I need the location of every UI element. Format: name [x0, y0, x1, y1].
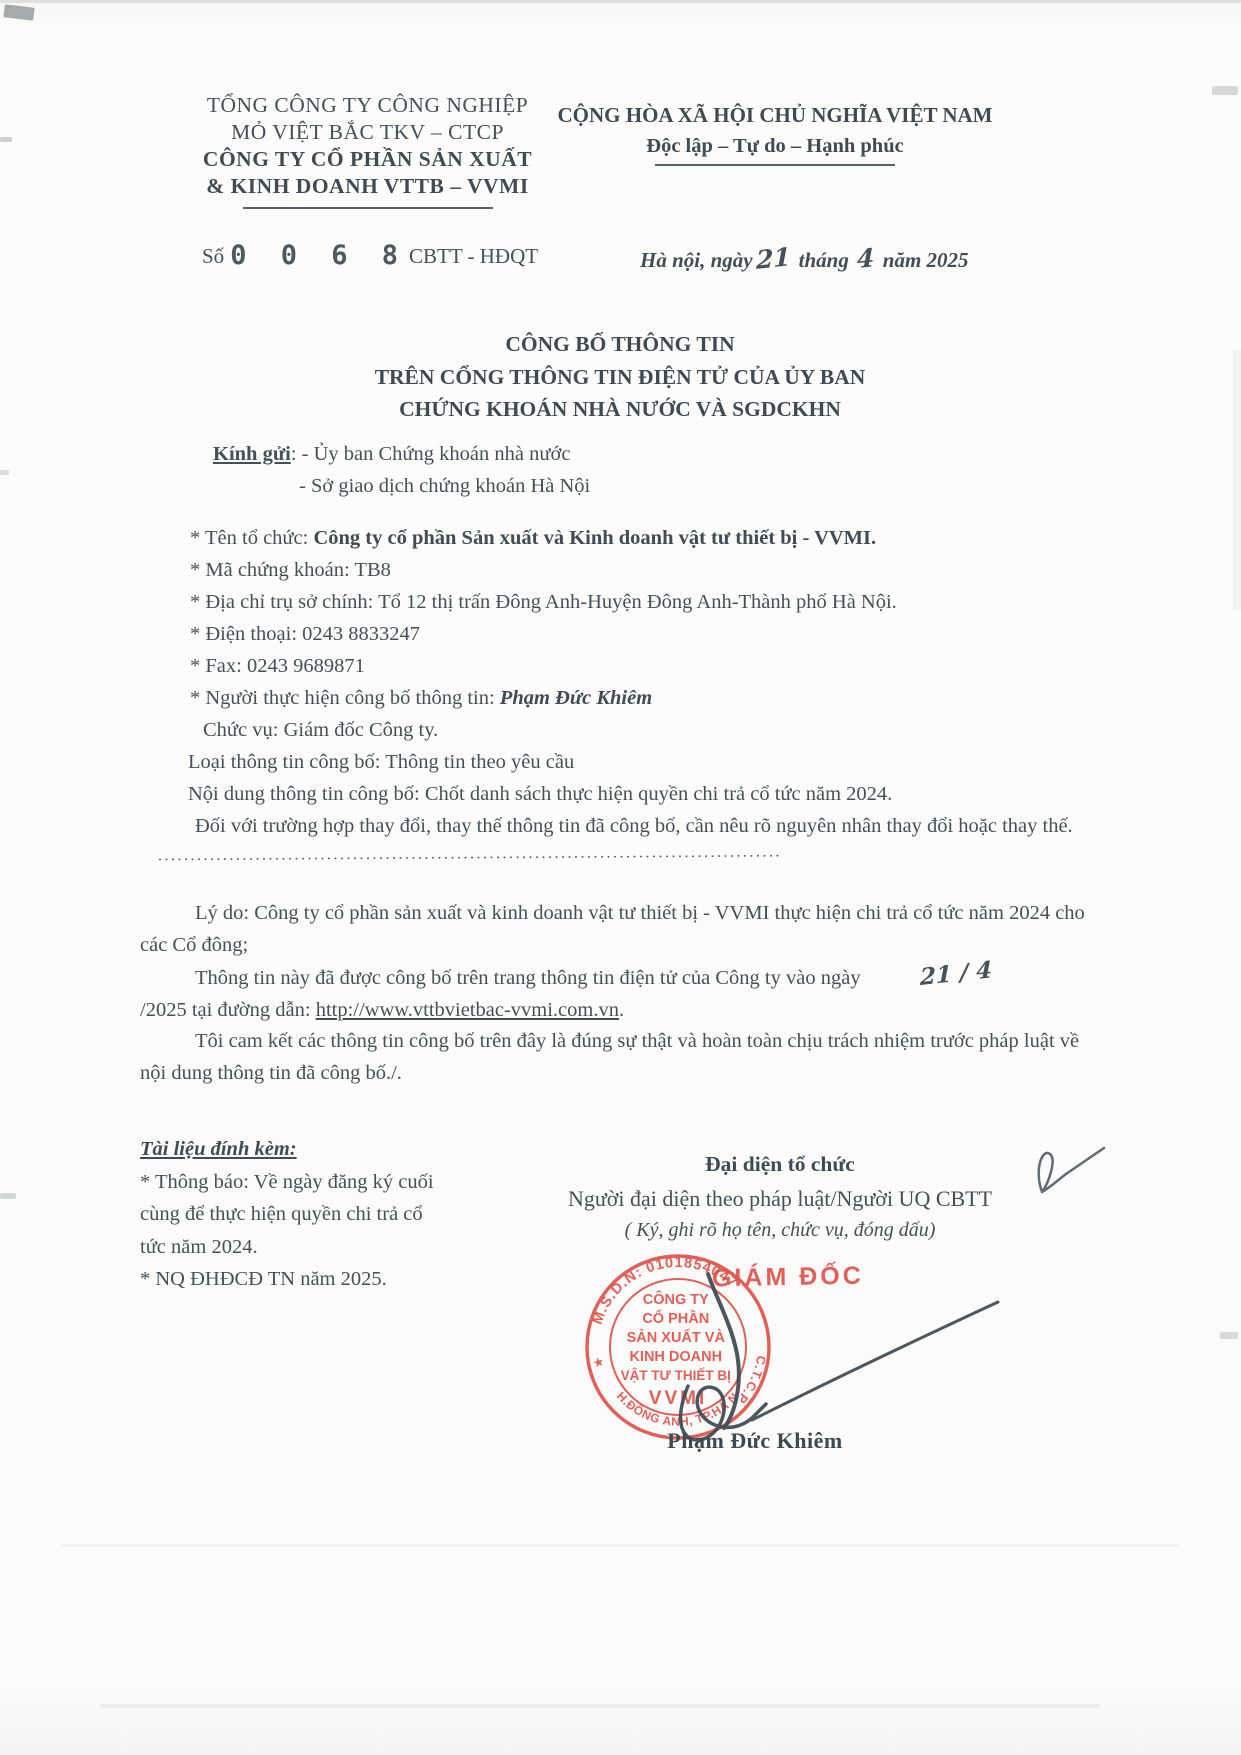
org-name-line: * Tên tổ chức: Công ty cổ phần Sản xuất …	[140, 522, 1108, 554]
company-name-line1: CÔNG TY CỔ PHẦN SẢN XUẤT	[180, 146, 555, 173]
published-prefix: Thông tin này đã được công bố trên trang…	[195, 967, 861, 989]
attachments-block: Tài liệu đính kèm: * Thông báo: Về ngày …	[140, 1133, 440, 1296]
scanned-document-page: TỔNG CÔNG TY CÔNG NGHIỆP MỎ VIỆT BẮC TKV…	[0, 0, 1241, 1755]
org-value: Công ty cổ phần Sản xuất và Kinh doanh v…	[313, 527, 876, 549]
recipients-label: Kính gửi	[213, 443, 291, 465]
company-website-url: http://www.vttbvietbac-vvmi.com.vn	[316, 999, 619, 1021]
rep-title: Đại diện tổ chức	[480, 1152, 1080, 1177]
published-mid: /2025 tại đường dẫn:	[140, 999, 316, 1021]
discloser-label: * Người thực hiện công bố thông tin:	[190, 687, 500, 709]
discloser-line: * Người thực hiện công bố thông tin: Phạ…	[140, 682, 1108, 714]
scan-artifact	[0, 1193, 16, 1199]
national-title: CỘNG HÒA XÃ HỘI CHỦ NGHĨA VIỆT NAM	[540, 102, 1010, 129]
motto-divider	[655, 164, 895, 166]
discloser-name: Phạm Đức Khiêm	[500, 687, 652, 709]
national-motto: Độc lập – Tự do – Hạnh phúc	[540, 133, 1010, 159]
scan-artifact	[60, 1544, 1180, 1547]
title-line2: TRÊN CỔNG THÔNG TIN ĐIỆN TỬ CỦA ỦY BAN	[250, 361, 990, 394]
fax-line: * Fax: 0243 9689871	[140, 650, 1108, 682]
document-title: CÔNG BỐ THÔNG TIN TRÊN CỔNG THÔNG TIN ĐI…	[250, 328, 990, 426]
doc-no-prefix: Số	[202, 244, 224, 268]
rep-line: Người đại diện theo pháp luật/Người UQ C…	[480, 1186, 1080, 1212]
scan-artifact	[100, 1704, 1100, 1708]
info-content-line: Nội dung thông tin công bố: Chốt danh sá…	[140, 778, 1108, 810]
address-line: * Địa chỉ trụ sở chính: Tổ 12 thị trấn Đ…	[140, 586, 1108, 618]
national-motto-block: CỘNG HÒA XÃ HỘI CHỦ NGHĨA VIỆT NAM Độc l…	[540, 102, 1010, 166]
recipients-block: Kính gửi: - Ủy ban Chứng khoán nhà nước …	[213, 438, 590, 502]
reason-paragraph: Lý do: Công ty cổ phần sản xuất và kinh …	[140, 898, 1108, 961]
recipient-2: - Sở giao dịch chứng khoán Hà Nội	[299, 470, 590, 502]
scan-artifact	[0, 137, 12, 142]
scan-artifact	[1220, 1332, 1238, 1339]
stamp-star-icon: ★	[591, 1353, 606, 1371]
recipient-1: - Ủy ban Chứng khoán nhà nước	[302, 443, 571, 465]
title-line3: CHỨNG KHOÁN NHÀ NƯỚC VÀ SGDCKHN	[250, 393, 990, 426]
title-line1: CÔNG BỐ THÔNG TIN	[250, 328, 990, 361]
info-type-line: Loại thông tin công bố: Thông tin theo y…	[140, 746, 1108, 778]
attachments-title: Tài liệu đính kèm:	[140, 1133, 440, 1166]
company-name-line2: & KINH DOANH VTTB – VVMI	[180, 173, 555, 200]
date-mid: tháng	[799, 248, 849, 272]
sign-instruction: ( Ký, ghi rõ họ tên, chức vụ, đóng dấu)	[480, 1219, 1080, 1242]
letterhead-company-block: TỔNG CÔNG TY CÔNG NGHIỆP MỎ VIỆT BẮC TKV…	[180, 92, 555, 209]
representative-block: Đại diện tổ chức Người đại diện theo phá…	[480, 1152, 1080, 1242]
attachment-item-1: * Thông báo: Về ngày đăng ký cuối cùng đ…	[140, 1166, 440, 1264]
handwritten-month: 4	[857, 243, 874, 274]
date-line: Hà nội, ngày21 tháng 4 năm 2025	[640, 244, 969, 273]
commitment-paragraph: Tôi cam kết các thông tin công bố trên đ…	[140, 1026, 1108, 1089]
date-prefix: Hà nội, ngày	[640, 248, 753, 272]
scan-artifact	[3, 4, 34, 21]
scan-artifact	[1233, 350, 1241, 610]
recipient-line1: Kính gửi: - Ủy ban Chứng khoán nhà nước	[213, 438, 590, 470]
handwritten-initial-mark	[1032, 1140, 1107, 1205]
change-note-paragraph: Đối với trường hợp thay đổi, thay thế th…	[140, 810, 1108, 842]
doc-no-stamped-digits: 0 0 6 8	[230, 240, 407, 271]
org-label: * Tên tổ chức:	[190, 527, 313, 549]
phone-line: * Điện thoại: 0243 8833247	[140, 618, 1108, 650]
parent-company-line2: MỎ VIỆT BẮC TKV – CTCP	[180, 119, 555, 146]
date-suffix: năm 2025	[883, 248, 969, 272]
document-number: Số0 0 6 8CBTT - HĐQT	[202, 240, 538, 271]
scan-artifact	[0, 0, 1241, 3]
handwritten-day: 21	[756, 242, 791, 275]
signer-name: Phạm Đức Khiêm	[655, 1428, 855, 1454]
body-paragraphs: Lý do: Công ty cổ phần sản xuất và kinh …	[140, 898, 1108, 1089]
handwritten-published-date: 21 / 4	[865, 954, 992, 999]
published-paragraph: Thông tin này đã được công bố trên trang…	[140, 961, 1108, 1026]
parent-company-line1: TỔNG CÔNG TY CÔNG NGHIỆP	[180, 92, 555, 119]
disclosure-details: * Tên tổ chức: Công ty cổ phần Sản xuất …	[140, 522, 1108, 842]
doc-no-suffix: CBTT - HĐQT	[409, 244, 538, 268]
handwritten-signature	[630, 1268, 1020, 1453]
ticker-line: * Mã chứng khoán: TB8	[140, 554, 1108, 586]
published-end: .	[619, 999, 624, 1021]
dotted-separator: ........................................…	[158, 843, 878, 865]
scan-artifact	[0, 470, 9, 475]
position-line: Chức vụ: Giám đốc Công ty.	[140, 714, 1108, 746]
recipients-colon: :	[291, 443, 302, 465]
scan-artifact	[1212, 86, 1238, 95]
attachment-item-2: * NQ ĐHĐCĐ TN năm 2025.	[140, 1263, 440, 1296]
letterhead-divider	[243, 207, 493, 209]
